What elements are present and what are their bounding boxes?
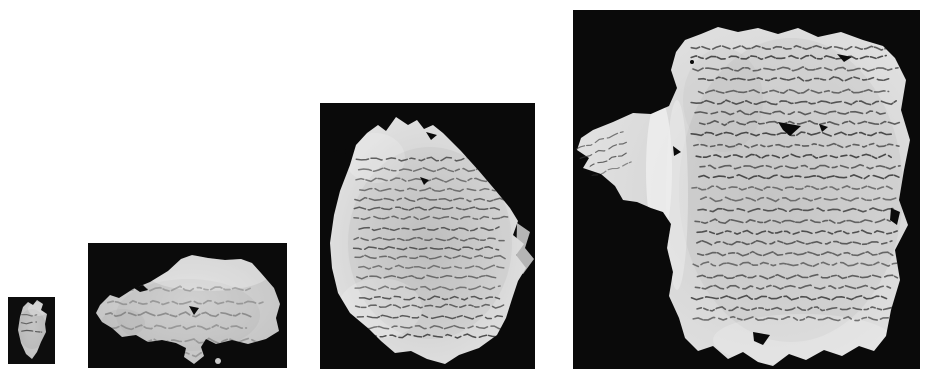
manuscript-photo-3 [320,103,535,369]
parchment-speck [215,358,221,364]
manuscript-fragments-figure [0,0,930,369]
manuscript-photo-2 [88,243,287,368]
manuscript-photo-1 [8,297,55,364]
manuscript-photo-4 [573,10,920,369]
